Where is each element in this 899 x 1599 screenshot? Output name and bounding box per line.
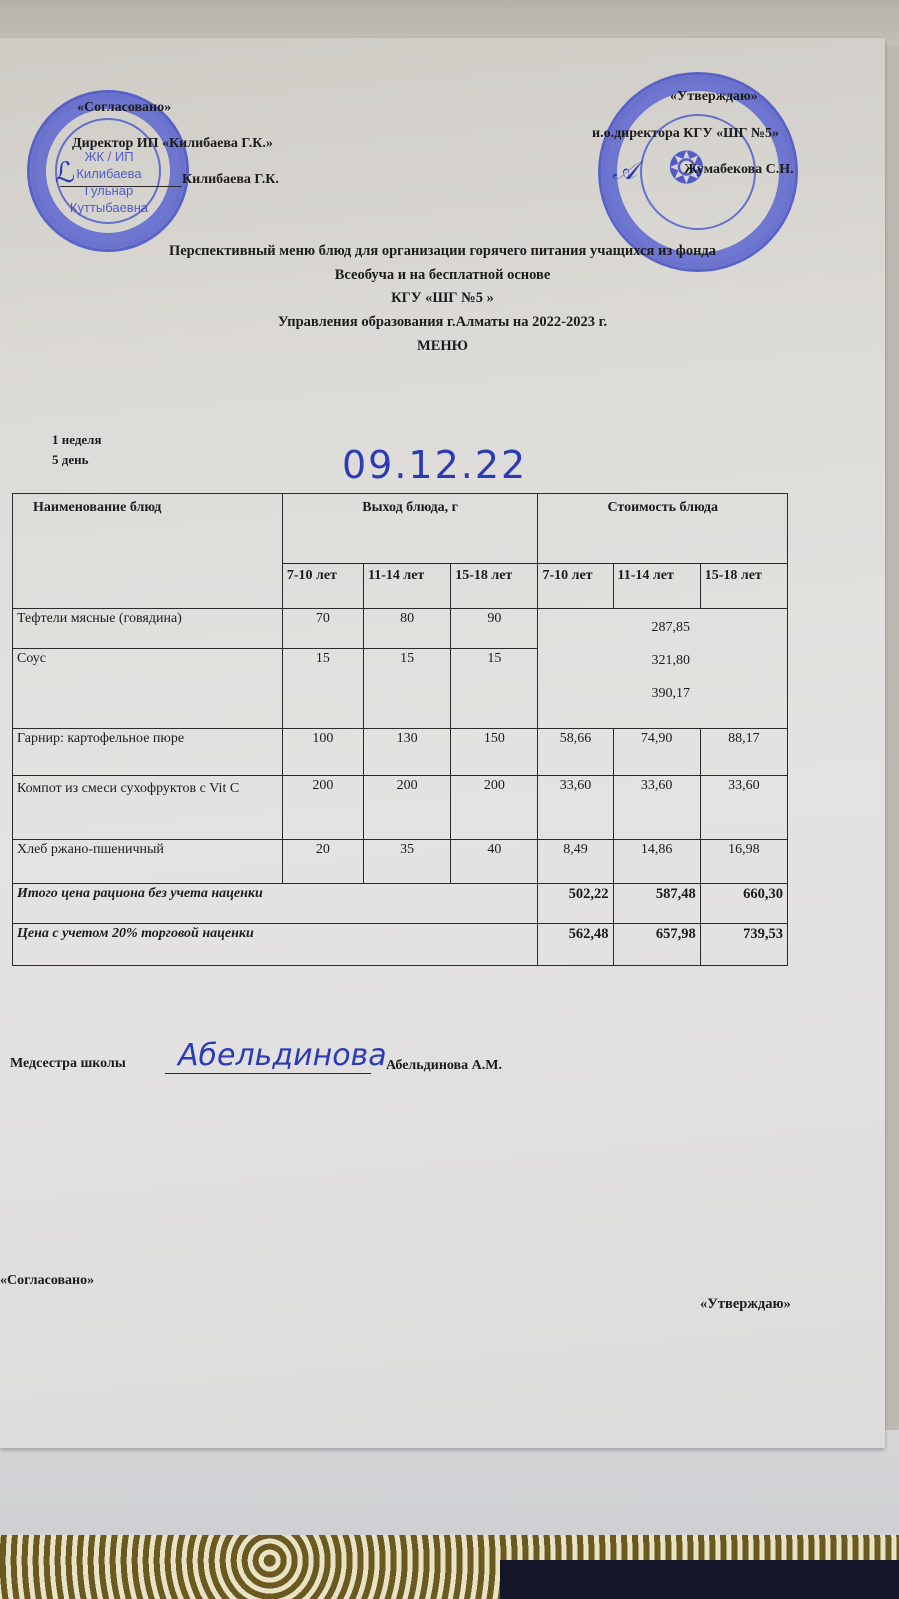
header-cost-age-7-10: 7-10 лет	[538, 564, 613, 609]
cost-value: 33,60	[700, 776, 787, 840]
total-label: Итого цена рациона без учета наценки	[13, 884, 538, 924]
header-cost: Стоимость блюда	[538, 494, 788, 564]
nurse-signature: Абельдинова	[178, 1038, 387, 1073]
total-value: 587,48	[613, 884, 700, 924]
header-yield-age-15-18: 15-18 лет	[451, 564, 538, 609]
cost-value: 16,98	[700, 840, 787, 884]
next-page-approval-left: «Согласовано»	[0, 1273, 94, 1289]
yield-value: 15	[363, 649, 450, 729]
yield-value: 35	[363, 840, 450, 884]
document-title-line-1: Перспективный меню блюд для организации …	[0, 243, 885, 260]
yield-value: 80	[363, 609, 450, 649]
document-page: ЖК / ИП Килибаева Гульнар Куттыбаевна «С…	[0, 38, 885, 1448]
dish-name: Гарнир: картофельное пюре	[13, 729, 283, 776]
background-dark-object	[500, 1560, 899, 1599]
yield-value: 200	[363, 776, 450, 840]
cost-value-15-18: 390,17	[558, 677, 783, 710]
cost-value: 8,49	[538, 840, 613, 884]
header-yield-age-11-14: 11-14 лет	[363, 564, 450, 609]
total-value: 502,22	[538, 884, 613, 924]
yield-value: 130	[363, 729, 450, 776]
nurse-label: Медсестра школы	[10, 1056, 126, 1072]
yield-value: 90	[451, 609, 538, 649]
dish-name: Тефтели мясные (говядина)	[13, 609, 283, 649]
yield-value: 20	[282, 840, 363, 884]
total-value: 739,53	[700, 924, 787, 966]
header-cost-age-11-14: 11-14 лет	[613, 564, 700, 609]
total-value: 660,30	[700, 884, 787, 924]
document-title-line-4: Управления образования г.Алматы на 2022-…	[0, 314, 885, 331]
day-label: 5 день	[52, 452, 88, 468]
yield-value: 200	[451, 776, 538, 840]
header-yield: Выход блюда, г	[282, 494, 538, 564]
total-value: 657,98	[613, 924, 700, 966]
handwritten-date: 09.12.22	[342, 443, 527, 487]
total-value: 562,48	[538, 924, 613, 966]
document-title-line-3: КГУ «ШГ №5 »	[0, 290, 885, 307]
cost-value: 33,60	[613, 776, 700, 840]
cost-value-7-10: 287,85	[558, 611, 783, 644]
total-row: Цена с учетом 20% торговой наценки 562,4…	[13, 924, 788, 966]
cost-value: 14,86	[613, 840, 700, 884]
yield-value: 70	[282, 609, 363, 649]
header-dish-name: Наименование блюд	[13, 494, 283, 609]
approval-right-label: «Утверждаю»	[670, 89, 758, 105]
week-label: 1 неделя	[52, 432, 102, 448]
header-yield-age-7-10: 7-10 лет	[282, 564, 363, 609]
approval-left-signer: Килибаева Г.К.	[182, 172, 279, 188]
approval-right-signer: Жумабекова С.Н.	[684, 162, 794, 178]
next-page-approval-right: «Утверждаю»	[700, 1296, 791, 1313]
cost-value: 58,66	[538, 729, 613, 776]
yield-value: 15	[451, 649, 538, 729]
total-label: Цена с учетом 20% торговой наценки	[13, 924, 538, 966]
table-row: Гарнир: картофельное пюре 100 130 150 58…	[13, 729, 788, 776]
cost-value: 88,17	[700, 729, 787, 776]
dish-name: Хлеб ржано-пшеничный	[13, 840, 283, 884]
table-row: Компот из смеси сухофруктов с Vit C 200 …	[13, 776, 788, 840]
approval-left-signature-line	[60, 186, 182, 187]
cost-value: 74,90	[613, 729, 700, 776]
total-row: Итого цена рациона без учета наценки 502…	[13, 884, 788, 924]
nurse-signature-line	[165, 1073, 371, 1074]
yield-value: 100	[282, 729, 363, 776]
dish-name: Компот из смеси сухофруктов с Vit C	[13, 776, 283, 840]
dish-name: Соус	[13, 649, 283, 729]
merged-cost-main-course: 287,85 321,80 390,17	[538, 609, 788, 729]
approval-left-position: Директор ИП «Килибаева Г.К.»	[72, 136, 273, 152]
document-title-line-5: МЕНЮ	[0, 338, 885, 355]
approval-right-signature: 𝒜	[612, 156, 637, 187]
cost-value: 33,60	[538, 776, 613, 840]
table-row: Тефтели мясные (говядина) 70 80 90 287,8…	[13, 609, 788, 649]
yield-value: 200	[282, 776, 363, 840]
table-row: Хлеб ржано-пшеничный 20 35 40 8,49 14,86…	[13, 840, 788, 884]
yield-value: 150	[451, 729, 538, 776]
stamp-left-text: ЖК / ИП Килибаева Гульнар Куттыбаевна	[62, 148, 156, 216]
cost-value-11-14: 321,80	[558, 644, 783, 677]
document-title-line-2: Всеобуча и на бесплатной основе	[0, 267, 885, 284]
yield-value: 15	[282, 649, 363, 729]
approval-right-position: и.о.директора КГУ «ШГ №5»	[592, 126, 779, 142]
nurse-name: Абельдинова А.М.	[386, 1058, 502, 1074]
header-cost-age-15-18: 15-18 лет	[700, 564, 787, 609]
yield-value: 40	[451, 840, 538, 884]
approval-left-label: «Согласовано»	[77, 100, 171, 116]
approval-left-signature: ℒ	[55, 156, 75, 189]
menu-table: Наименование блюд Выход блюда, г Стоимос…	[12, 493, 788, 966]
